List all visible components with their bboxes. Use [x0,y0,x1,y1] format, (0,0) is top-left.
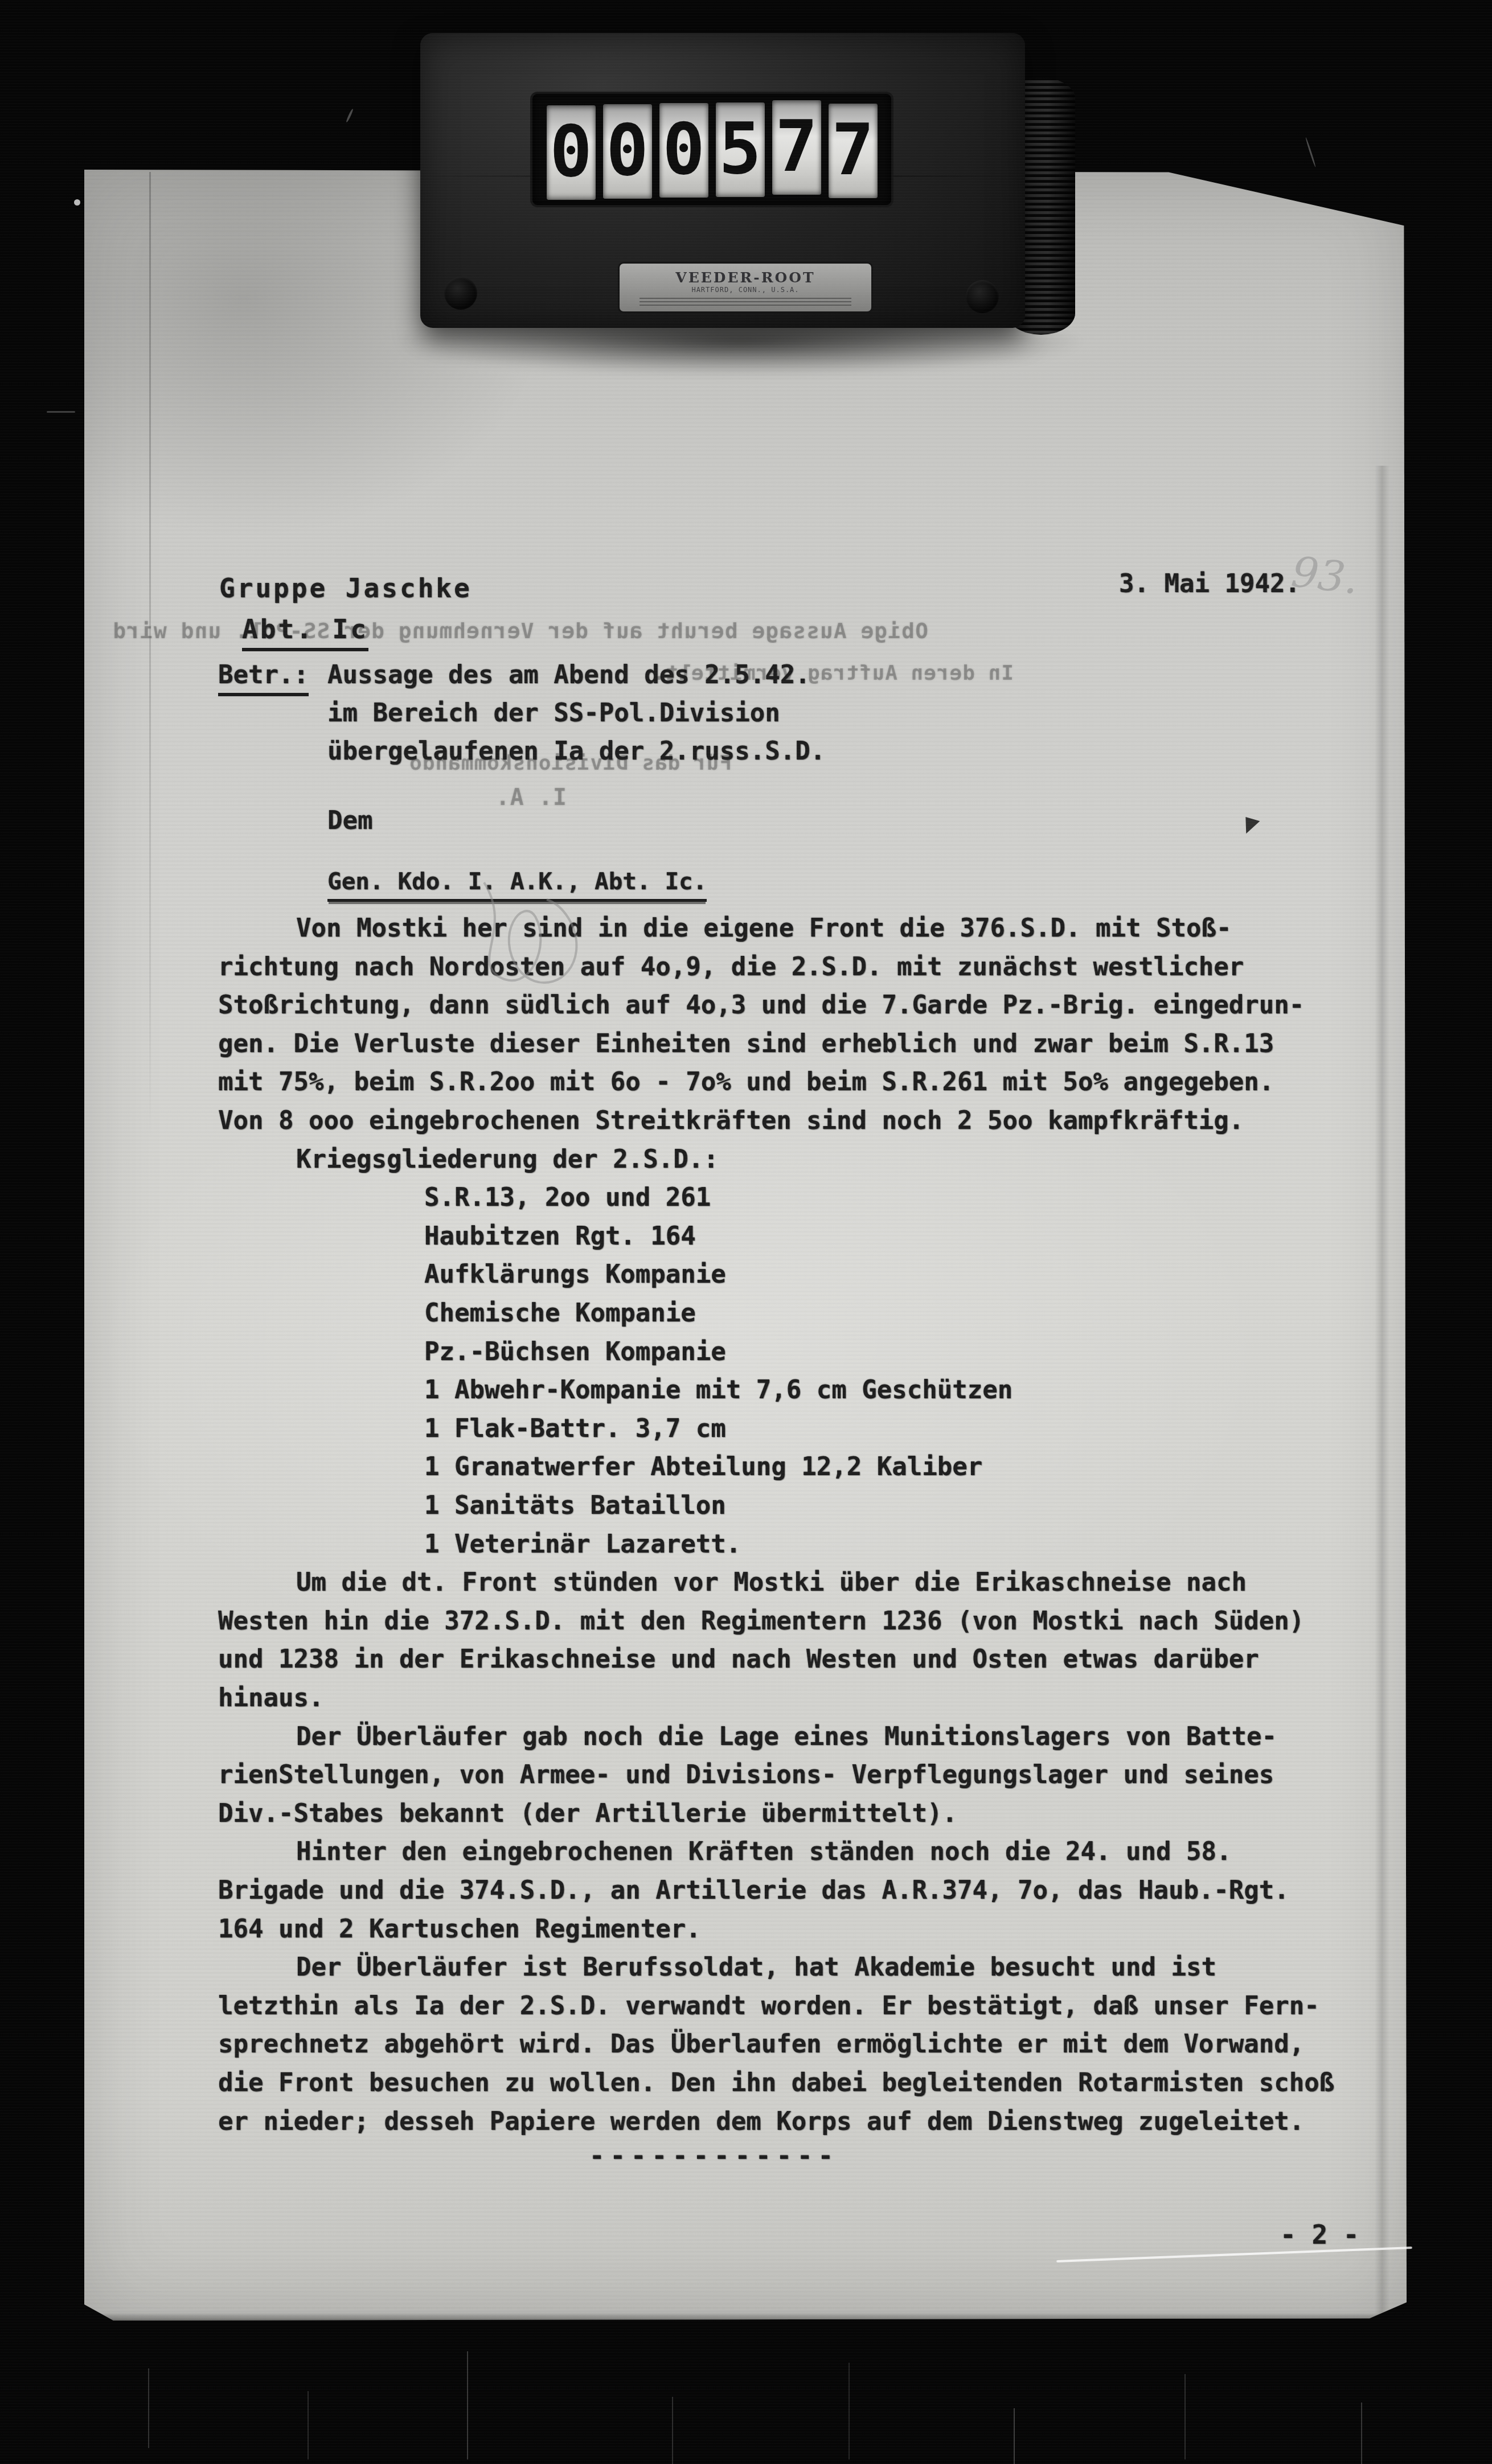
salutation: Dem [327,806,372,835]
sheet-edge [149,172,151,1140]
typewritten-line: und 1238 in der Erikaschneise und nach W… [218,1645,1259,1674]
typewritten-line: letzthin als Ia der 2.S.D. verwandt word… [218,1991,1319,2021]
counter-digit: 0 [659,103,708,198]
typewritten-line: 1 Veterinär Lazarett. [424,1530,741,1559]
counter-label-plate: VEEDER-ROOT HARTFORD, CONN., U.S.A. [618,262,873,313]
film-scratch [1014,2408,1015,2464]
typewritten-line: Chemische Kompanie [424,1299,696,1328]
typewritten-line: 1 Sanitäts Bataillon [424,1491,726,1520]
subject-line: Aussage des am Abend des 2.5.42. [327,660,810,689]
typewritten-line: Hinter den eingebrochenen Kräften stände… [296,1837,1231,1866]
date-line: 3. Mai 1942. [1119,569,1300,598]
typewritten-line: Westen hin die 372.S.D. mit den Regiment… [218,1607,1304,1636]
typewritten-line: Haubitzen Rgt. 164 [424,1222,696,1251]
film-scratch [1305,137,1317,167]
counter-digit: 7 [829,104,878,198]
typewritten-line: S.R.13, 2oo und 261 [424,1183,711,1212]
counter-brand-text: VEEDER-ROOT [675,269,815,286]
subject-label: Betr.: [218,660,309,696]
typewritten-line: Der Überläufer gab noch die Lage eines M… [296,1722,1277,1751]
typewritten-line: Kriegsgliederung der 2.S.D.: [296,1145,719,1174]
typewritten-line: richtung nach Nordosten auf 4o,9, die 2.… [218,952,1244,982]
typewritten-line: 1 Flak-Battr. 3,7 cm [424,1414,726,1443]
film-scratch [47,411,75,413]
sender-line: Gruppe Jaschke [219,573,472,603]
pencil-scribble [399,814,683,1002]
separator-dashes: ------------ [589,2142,839,2171]
typewritten-line: Von 8 ooo eingebrochenen Streitkräften s… [218,1106,1244,1135]
typewritten-line: Brigade und die 374.S.D., an Artillerie … [218,1876,1289,1905]
typewritten-line: die Front besuchen zu wollen. Den ihn da… [218,2068,1334,2097]
typewritten-line: hinaus. [218,1683,323,1713]
subject-line: im Bereich der SS-Pol.Division [327,699,780,728]
film-scratch [467,2351,468,2459]
counter-plate-subtext: HARTFORD, CONN., U.S.A. [691,286,799,294]
film-background: 000577 VEEDER-ROOT HARTFORD, CONN., U.S.… [0,0,1492,2464]
typewritten-line: Div.-Stabes bekannt (der Artillerie über… [218,1799,957,1828]
counter-digit: 0 [547,105,596,200]
paper-bottom-edge [84,2313,1407,2321]
typewritten-line: Pz.-Büchsen Kompanie [424,1337,726,1366]
typewritten-line: Der Überläufer ist Berufssoldat, hat Aka… [296,1953,1216,1982]
subject-line: übergelaufenen Ia der 2.russ.S.D. [327,737,825,766]
ghost-text-bleedthrough: I. A. [481,785,567,811]
typewritten-line: rienStellungen, von Armee- und Divisions… [218,1760,1274,1789]
film-scratch [849,2363,850,2459]
typewritten-line: 1 Granatwerfer Abteilung 12,2 Kaliber [424,1452,982,1481]
typewritten-line: Stoßrichtung, dann südlich auf 4o,3 und … [218,991,1304,1020]
counter-digit-window: 000577 [532,94,891,205]
page-number: - 2 - [1280,2219,1359,2250]
film-scratch [148,2368,149,2448]
typewritten-line: er nieder; desseh Papiere werden dem Kor… [218,2107,1304,2136]
film-scratch [74,199,80,206]
typewritten-line: Aufklärungs Kompanie [424,1260,726,1289]
typewritten-line: Um die dt. Front stünden vor Mostki über… [296,1568,1247,1597]
film-scratch [1361,2403,1362,2464]
film-scratch [308,2391,309,2459]
typewritten-line: sprechnetz abgehört wird. Das Überlaufen… [218,2030,1304,2059]
film-scratch [672,2397,673,2464]
film-scratch [1184,2374,1186,2459]
counter-digit: 0 [603,104,652,199]
counter-device: 000577 VEEDER-ROOT HARTFORD, CONN., U.S.… [420,33,1025,328]
film-scratch [346,108,354,122]
counter-digit: 7 [772,100,821,195]
typewritten-line: 164 und 2 Kartuschen Regimenter. [218,1915,701,1944]
screw-hole-right [966,280,999,313]
typewritten-line: 1 Abwehr-Kompanie mit 7,6 cm Geschützen [424,1375,1013,1405]
typewritten-line: mit 75%, beim S.R.2oo mit 6o - 7o% und b… [218,1067,1274,1097]
counter-digit: 5 [716,102,765,197]
department-line: Abt. Ic [242,614,368,651]
typewritten-line: gen. Die Verluste dieser Einheiten sind … [218,1029,1274,1058]
pencil-margin-note: 93. [1289,547,1361,604]
screw-hole-left [444,277,477,310]
counter-plate-fineprint [640,295,851,306]
